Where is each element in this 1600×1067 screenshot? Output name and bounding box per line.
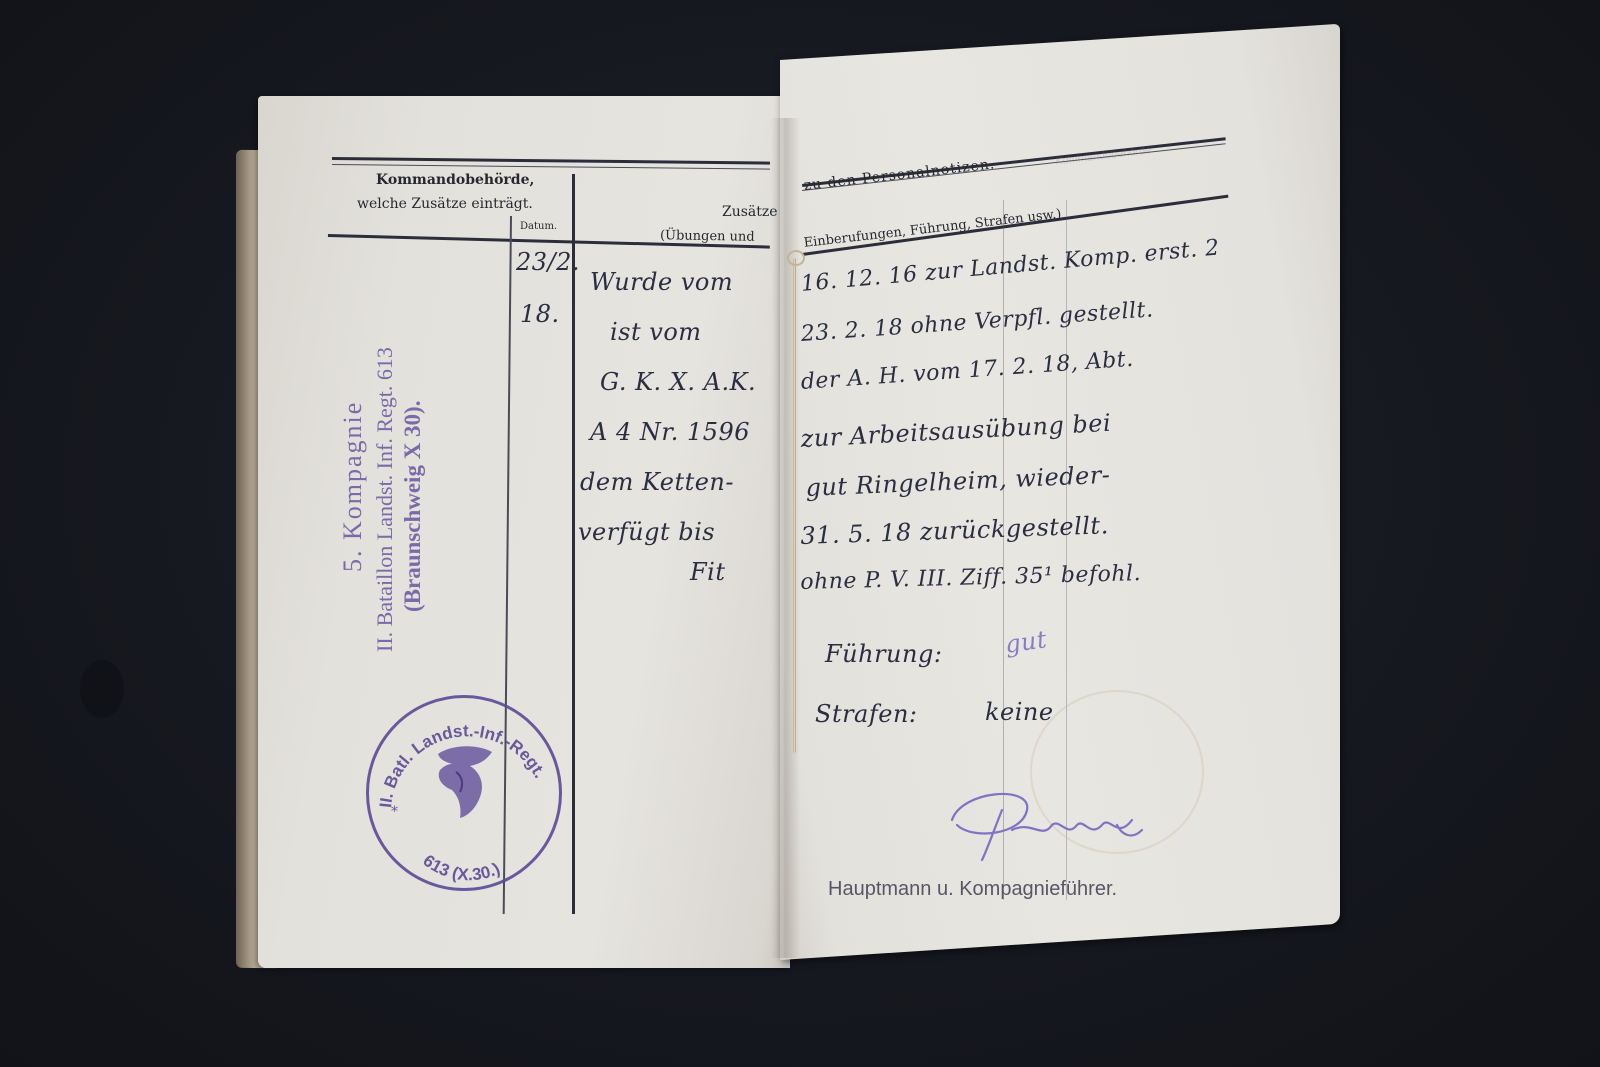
left-hand-line-5: dem Ketten- (580, 468, 734, 496)
commander-signature: Dennert (942, 780, 1162, 874)
binding-thread (793, 258, 796, 753)
uebungen-subheader: (Übungen und (660, 228, 755, 245)
eagle-icon (430, 742, 500, 822)
company-stamp-line-3: (Braunschweig X 30). (400, 401, 426, 612)
date-column-header: Datum. (520, 221, 557, 232)
conduct-label: Führung: (825, 640, 942, 668)
signature-title: Hauptmann u. Kompagnieführer. (828, 878, 1117, 901)
left-hand-line-4: A 4 Nr. 1596 (590, 418, 750, 446)
entry-date-year: 18. (520, 300, 560, 328)
left-hand-line-7: Fit (690, 558, 725, 586)
background-cloth-spot (80, 660, 124, 718)
company-stamp-line-1: 5. Kompagnie (338, 401, 368, 572)
binding-thread-knot (787, 250, 805, 266)
conduct-value: gut (1003, 625, 1048, 659)
left-hand-line-3: G. K. X. A.K. (600, 368, 756, 396)
company-stamp-line-2: II. Bataillon Landst. Inf. Regt. 613 (372, 347, 398, 652)
left-column-divider (572, 174, 575, 914)
left-hand-line-6: verfügt bis (578, 518, 715, 546)
zusaetze-header: Zusätze (722, 204, 778, 220)
left-hand-line-1: Wurde vom (590, 268, 733, 296)
punishments-label: Strafen: (815, 700, 918, 728)
punishments-value: keine (985, 698, 1054, 726)
round-stamp-star: * (391, 804, 398, 820)
left-header-subtitle: welche Zusätze einträgt. (357, 196, 533, 212)
left-hand-line-2: ist vom (610, 318, 702, 346)
svg-text:613 (X.30.): 613 (X.30.) (419, 851, 502, 885)
left-header-title: Kommandobehörde, (376, 172, 534, 188)
entry-date-day-month: 23/2. (516, 248, 580, 276)
signature-scribble (942, 780, 1162, 870)
round-stamp-bottom-text: 613 (X.30.) (419, 851, 502, 885)
